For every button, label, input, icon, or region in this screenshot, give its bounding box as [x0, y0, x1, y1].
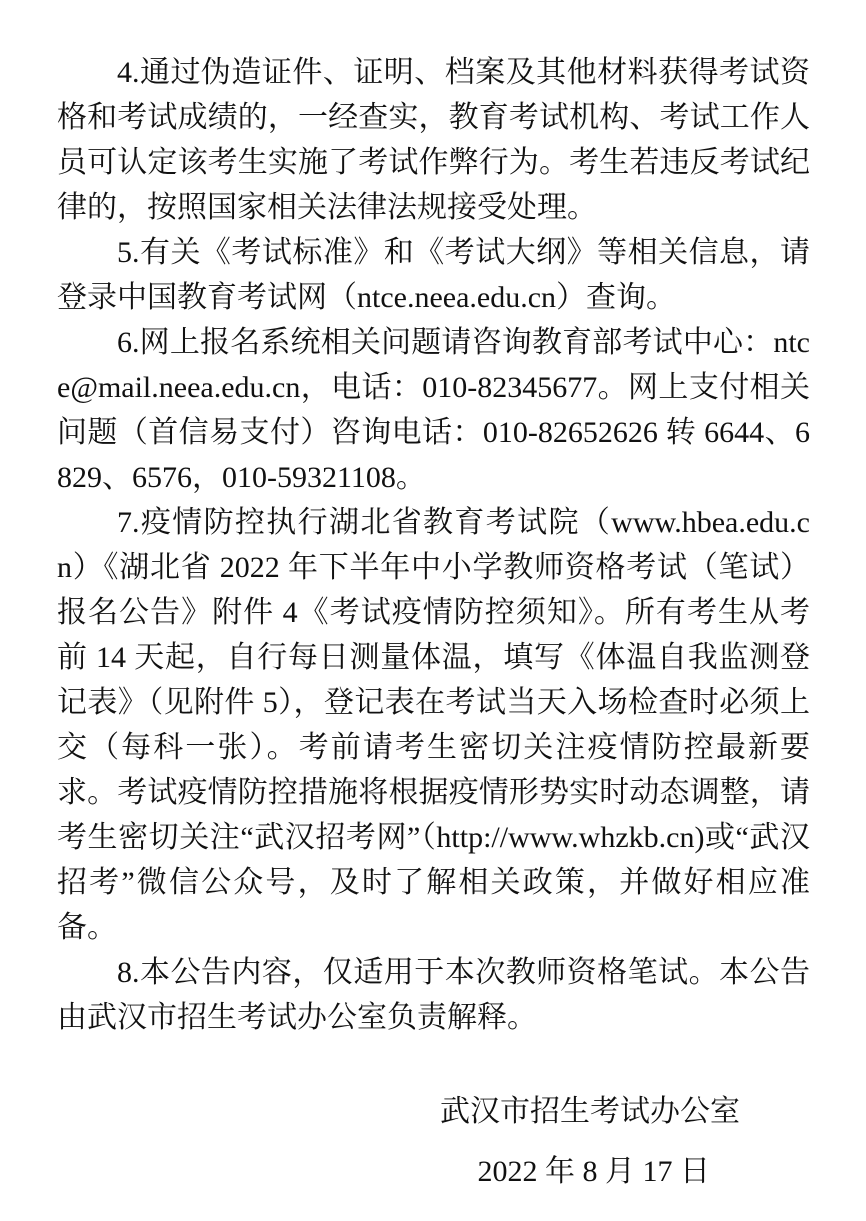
paragraph-item-7: 7.疫情防控执行湖北省教育考试院（www.hbea.edu.cn）《湖北省 20… [57, 500, 810, 950]
signature-date: 2022 年 8 月 17 日 [57, 1142, 810, 1202]
paragraph-item-6: 6.网上报名系统相关问题请咨询教育部考试中心：ntce@mail.neea.ed… [57, 320, 810, 500]
signature-block: 武汉市招生考试办公室 2022 年 8 月 17 日 [57, 1082, 810, 1202]
signature-organization: 武汉市招生考试办公室 [57, 1082, 810, 1142]
paragraph-item-8: 8.本公告内容，仅适用于本次教师资格笔试。本公告由武汉市招生考试办公室负责解释。 [57, 950, 810, 1040]
paragraph-item-5: 5.有关《考试标准》和《考试大纲》等相关信息，请登录中国教育考试网（ntce.n… [57, 230, 810, 320]
document-page: 4.通过伪造证件、证明、档案及其他材料获得考试资格和考试成绩的，一经查实，教育考… [0, 0, 866, 1221]
paragraph-item-4: 4.通过伪造证件、证明、档案及其他材料获得考试资格和考试成绩的，一经查实，教育考… [57, 50, 810, 230]
